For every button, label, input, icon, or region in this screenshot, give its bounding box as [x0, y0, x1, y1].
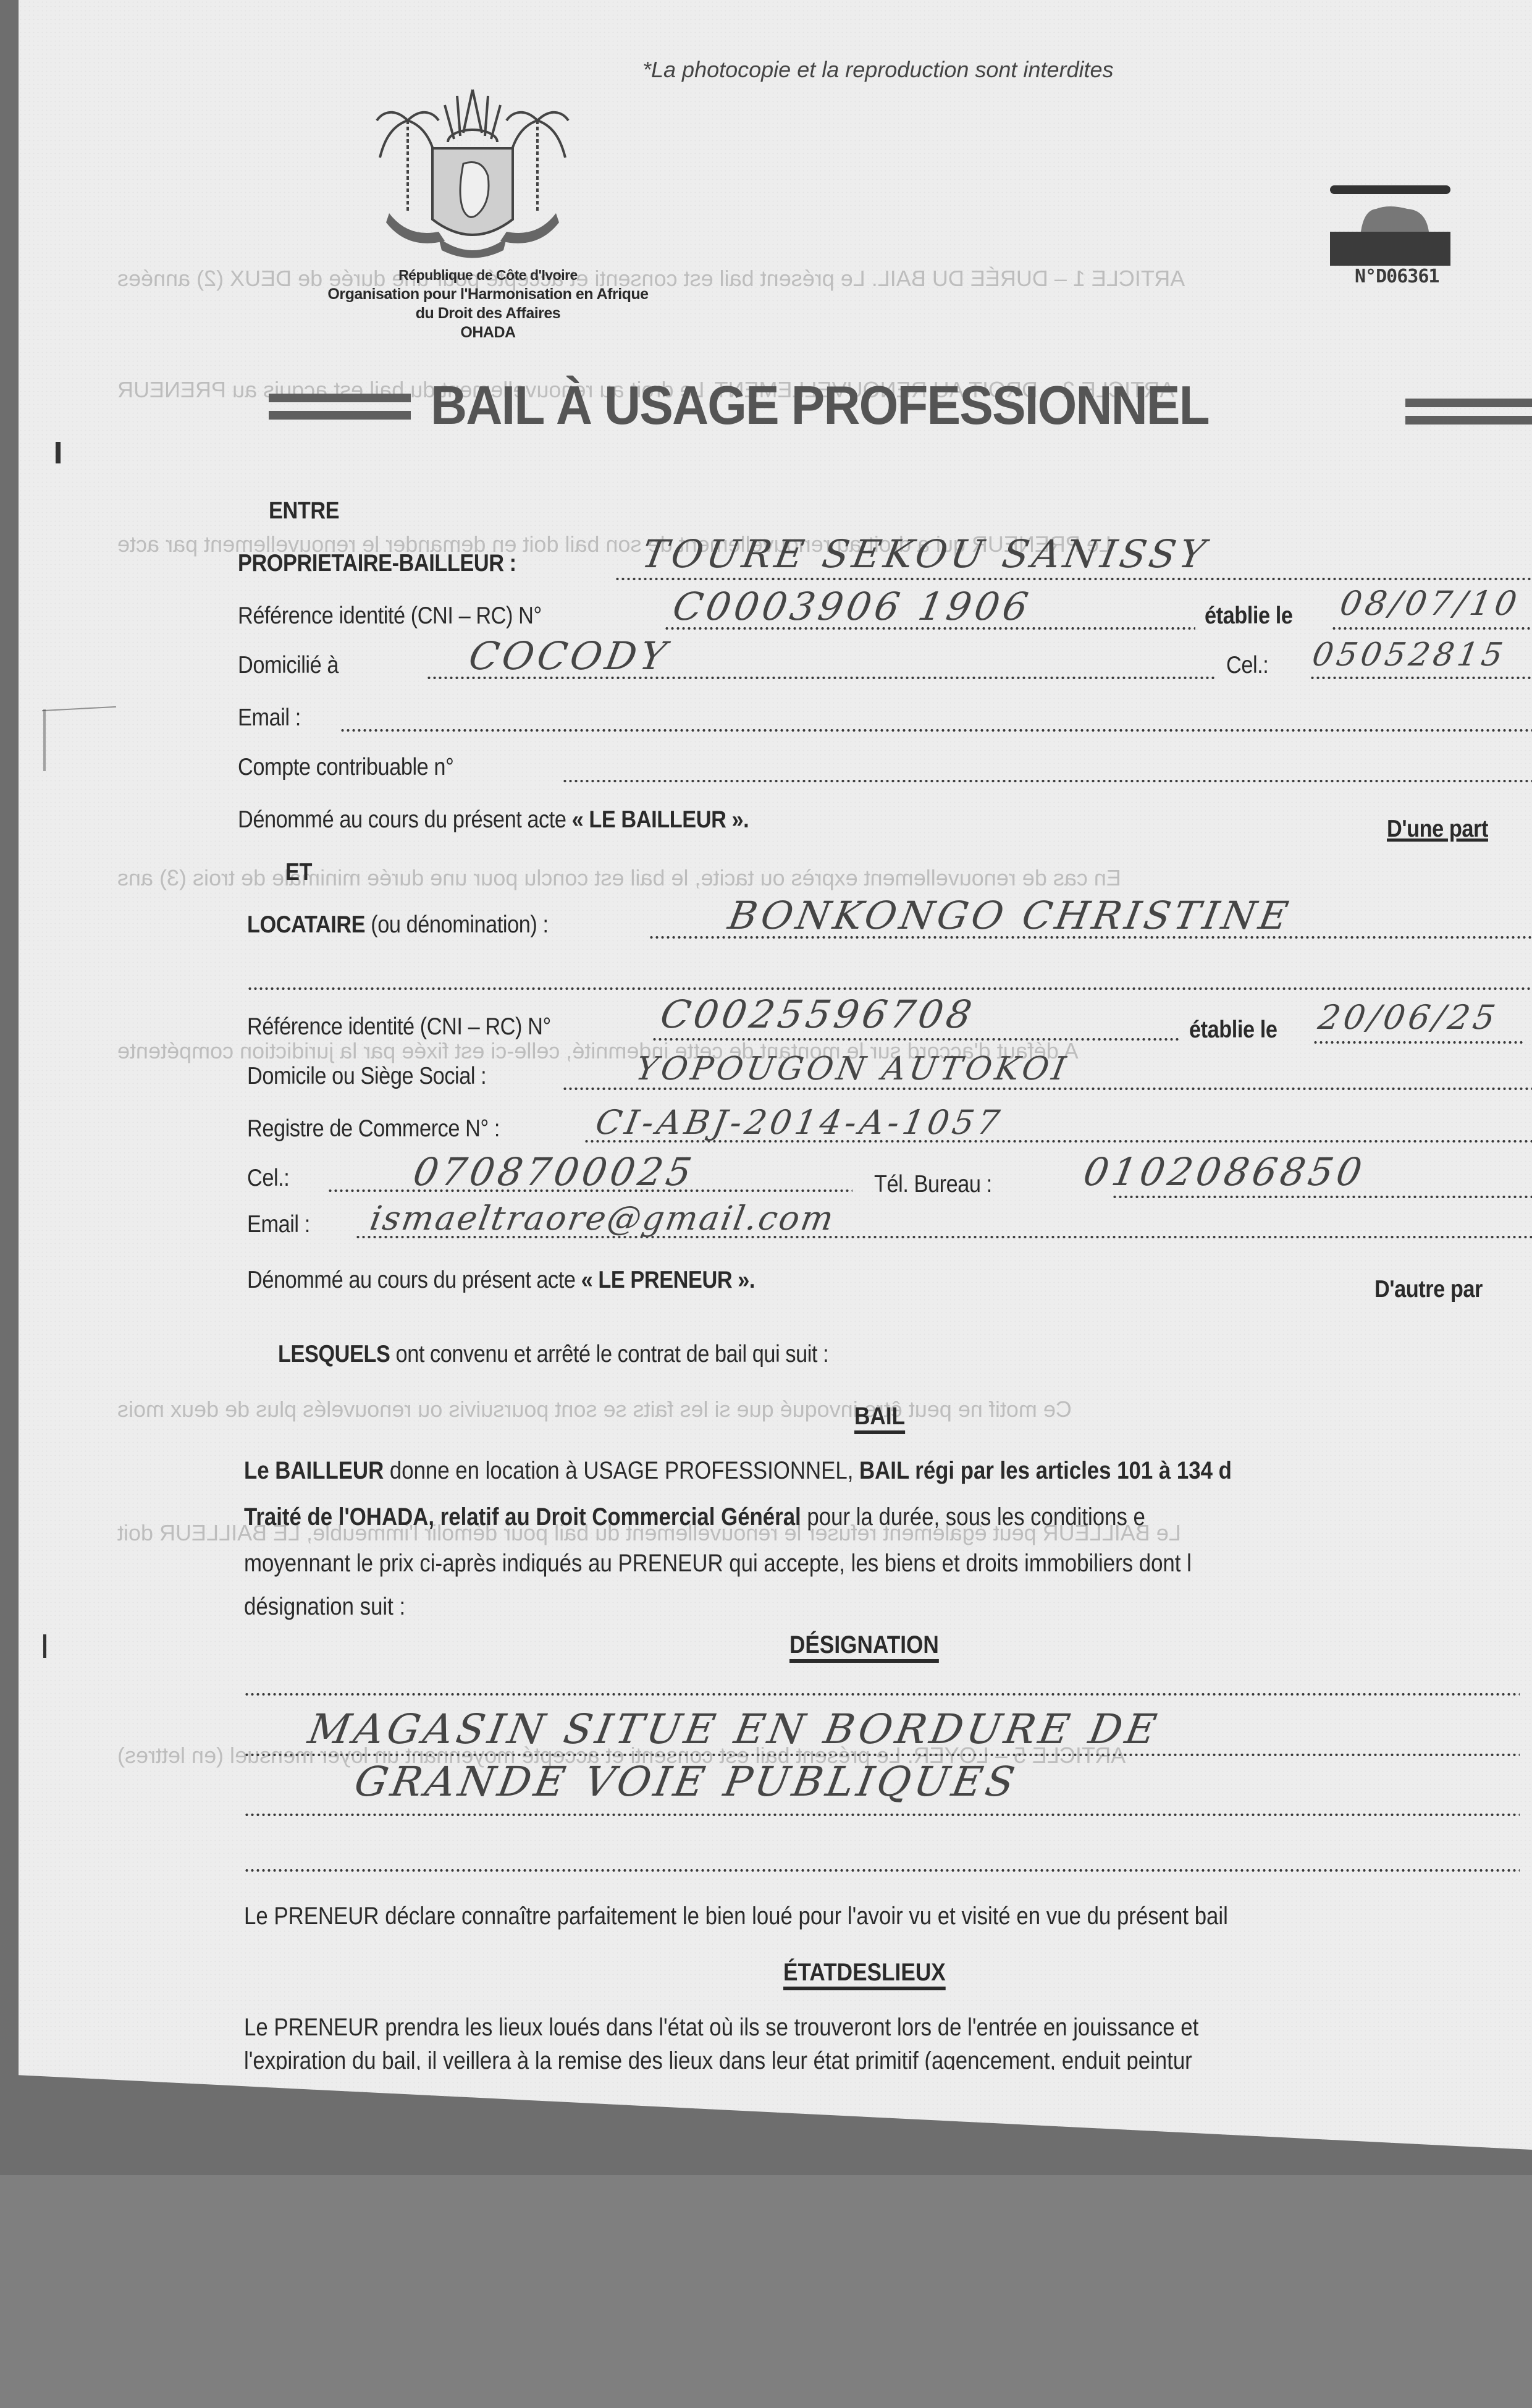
etat-des-lieux-title: ÉTATDESLIEUX	[783, 1959, 946, 1987]
document-title: BAIL À USAGE PROFESSIONNEL	[269, 374, 1532, 442]
margin-mark	[42, 706, 116, 711]
office-phone-field[interactable]	[1112, 1196, 1532, 1198]
bail-paragraph-line: Traité de l'OHADA, relatif au Droit Comm…	[244, 1498, 1532, 1536]
org-line: Organisation pour l'Harmonisation en Afr…	[278, 285, 698, 304]
org-line: du Droit des Affaires	[278, 304, 698, 323]
party-side-label: D'une part	[1387, 816, 1488, 843]
bail-paragraph-line: désignation suit :	[244, 1588, 1532, 1625]
bold-text: BAIL régi par les articles 101 à 134 d	[859, 1457, 1232, 1484]
et-label: ET	[285, 859, 312, 886]
title-decoration-left	[269, 394, 411, 428]
bailleur-domicile-value: COCODY	[466, 633, 673, 678]
stamp-number: N°D06361	[1355, 266, 1439, 287]
designation-section-title: DÉSIGNATION	[789, 1631, 939, 1659]
fiscal-stamp: N°D06361	[1327, 173, 1454, 297]
locataire-id-value: C0025596708	[657, 992, 979, 1037]
stamp-image-icon	[1327, 173, 1454, 266]
org-line: République de Côte d'Ivoire	[278, 266, 698, 285]
office-phone-value: 0102086850	[1080, 1149, 1369, 1194]
denomination-text: Dénommé au cours du présent acte	[247, 1267, 581, 1293]
bailleur-cel-label: Cel.:	[1226, 652, 1268, 679]
designation-value-line2: GRANDE VOIE PUBLIQUES	[351, 1758, 1022, 1806]
locataire-id-date-field[interactable]	[1313, 1041, 1523, 1044]
designation-field-line3[interactable]	[244, 1814, 1520, 1816]
entre-label: ENTRE	[269, 497, 339, 525]
declaration-text: Le PRENEUR déclare connaître parfaitemen…	[244, 1891, 1532, 1941]
bailleur-cel-field[interactable]	[1310, 677, 1532, 679]
rc-label: Registre de Commerce N° :	[247, 1115, 500, 1143]
designation-field-line2[interactable]	[244, 1754, 1520, 1756]
copy-notice: *La photocopie et la reproduction sont i…	[642, 57, 1114, 83]
tenant-field-continued[interactable]	[247, 987, 1532, 990]
text: pour la durée, sous les conditions e	[801, 1503, 1145, 1531]
bailleur-id-date-value: 08/07/10	[1337, 584, 1523, 623]
bleed-through-text: Ce motif ne peut être invoqué que si les…	[117, 1396, 1072, 1422]
denomination-role: « LE PRENEUR ».	[581, 1267, 755, 1293]
locataire-email-label: Email :	[247, 1211, 310, 1238]
tenant-value: BONKONGO CHRISTINE	[725, 893, 1295, 938]
locataire-domicile-label: Domicile ou Siège Social :	[247, 1063, 486, 1090]
issuing-organization: République de Côte d'Ivoire Organisation…	[278, 266, 698, 342]
locataire-id-field[interactable]	[652, 1038, 1180, 1041]
org-line: OHADA	[278, 323, 698, 342]
rc-value: CI-ABJ-2014-A-1057	[592, 1103, 1006, 1142]
bail-paragraph-line: moyennant le prix ci-après indiqués au P…	[244, 1545, 1532, 1582]
text: donne en location à USAGE PROFESSIONNEL,	[384, 1457, 859, 1484]
bold-text: Traité de l'OHADA, relatif au Droit Comm…	[244, 1503, 801, 1531]
party-side-label: D'autre par	[1374, 1276, 1483, 1303]
text: moyennant le prix ci-après indiqués au P…	[244, 1550, 1192, 1577]
locataire-id-date-label: établie le	[1189, 1016, 1277, 1044]
bailleur-denomination: Dénommé au cours du présent acte « LE BA…	[238, 806, 749, 834]
tax-account-label: Compte contribuable n°	[238, 754, 453, 781]
etat-des-lieux-line2: l'expiration du bail, il veillera à la r…	[244, 2039, 1532, 2070]
coat-of-arms-icon	[371, 83, 574, 263]
margin-mark	[56, 442, 61, 463]
document-page: ARTICLE 1 – DURÉE DU BAIL. Le présent ba…	[19, 0, 1532, 2150]
bailleur-id-label: Référence identité (CNI – RC) N°	[238, 602, 542, 630]
owner-label: PROPRIETAIRE-BAILLEUR :	[238, 550, 516, 577]
locataire-domicile-value: YOPOUGON AUTOKOI	[633, 1050, 1072, 1088]
bailleur-email-label: Email :	[238, 704, 301, 732]
denomination-role: « LE BAILLEUR ».	[572, 806, 749, 833]
tax-account-field[interactable]	[562, 780, 1532, 782]
tenant-label-rest: (ou dénomination) :	[365, 911, 548, 938]
tenant-label: LOCATAIRE (ou dénomination) :	[247, 911, 549, 939]
designation-field-line1[interactable]	[244, 1693, 1520, 1696]
margin-mark	[43, 709, 46, 771]
agreement-bold: LESQUELS	[278, 1341, 390, 1367]
bail-paragraph-line: Le BAILLEUR donne en location à USAGE PR…	[244, 1452, 1532, 1489]
locataire-cel-value: 0708700025	[410, 1149, 699, 1194]
bold-text: Le BAILLEUR	[244, 1457, 384, 1484]
locataire-denomination: Dénommé au cours du présent acte « LE PR…	[247, 1267, 755, 1294]
agreement-statement: LESQUELS ont convenu et arrêté le contra…	[278, 1341, 828, 1368]
locataire-cel-label: Cel.:	[247, 1165, 289, 1192]
owner-field[interactable]	[615, 578, 1532, 580]
office-phone-label: Tél. Bureau :	[874, 1171, 992, 1198]
bailleur-id-date-label: établie le	[1205, 602, 1292, 630]
designation-value-line1: MAGASIN SITUE EN BORDURE DE	[305, 1705, 1163, 1753]
owner-value: TOURE SEKOU SANISSY	[639, 531, 1213, 577]
margin-mark	[43, 1634, 46, 1658]
bail-section-title: BAIL	[854, 1403, 905, 1430]
title-decoration-right	[1405, 399, 1532, 433]
designation-field-line4[interactable]	[244, 1869, 1520, 1872]
locataire-id-date-value: 20/06/25	[1315, 998, 1502, 1037]
locataire-email-value: ismaeltraore@gmail.com	[367, 1199, 838, 1238]
locataire-domicile-field[interactable]	[562, 1088, 1532, 1090]
bailleur-cel-value: 05052815	[1310, 636, 1509, 674]
text: désignation suit :	[244, 1593, 405, 1620]
agreement-rest: ont convenu et arrêté le contrat de bail…	[390, 1341, 828, 1367]
bailleur-id-date-field[interactable]	[1331, 627, 1532, 630]
title-text: BAIL À USAGE PROFESSIONNEL	[431, 374, 1209, 437]
bailleur-domicile-label: Domicilié à	[238, 652, 339, 679]
locataire-id-label: Référence identité (CNI – RC) N°	[247, 1013, 551, 1041]
bailleur-email-field[interactable]	[340, 729, 1532, 732]
bailleur-id-value: C0003906 1906	[670, 584, 1035, 629]
denomination-text: Dénommé au cours du présent acte	[238, 806, 572, 833]
tenant-label-bold: LOCATAIRE	[247, 911, 365, 938]
bleed-through-text: En cas de renouvellement exprès ou tacit…	[117, 865, 1121, 891]
